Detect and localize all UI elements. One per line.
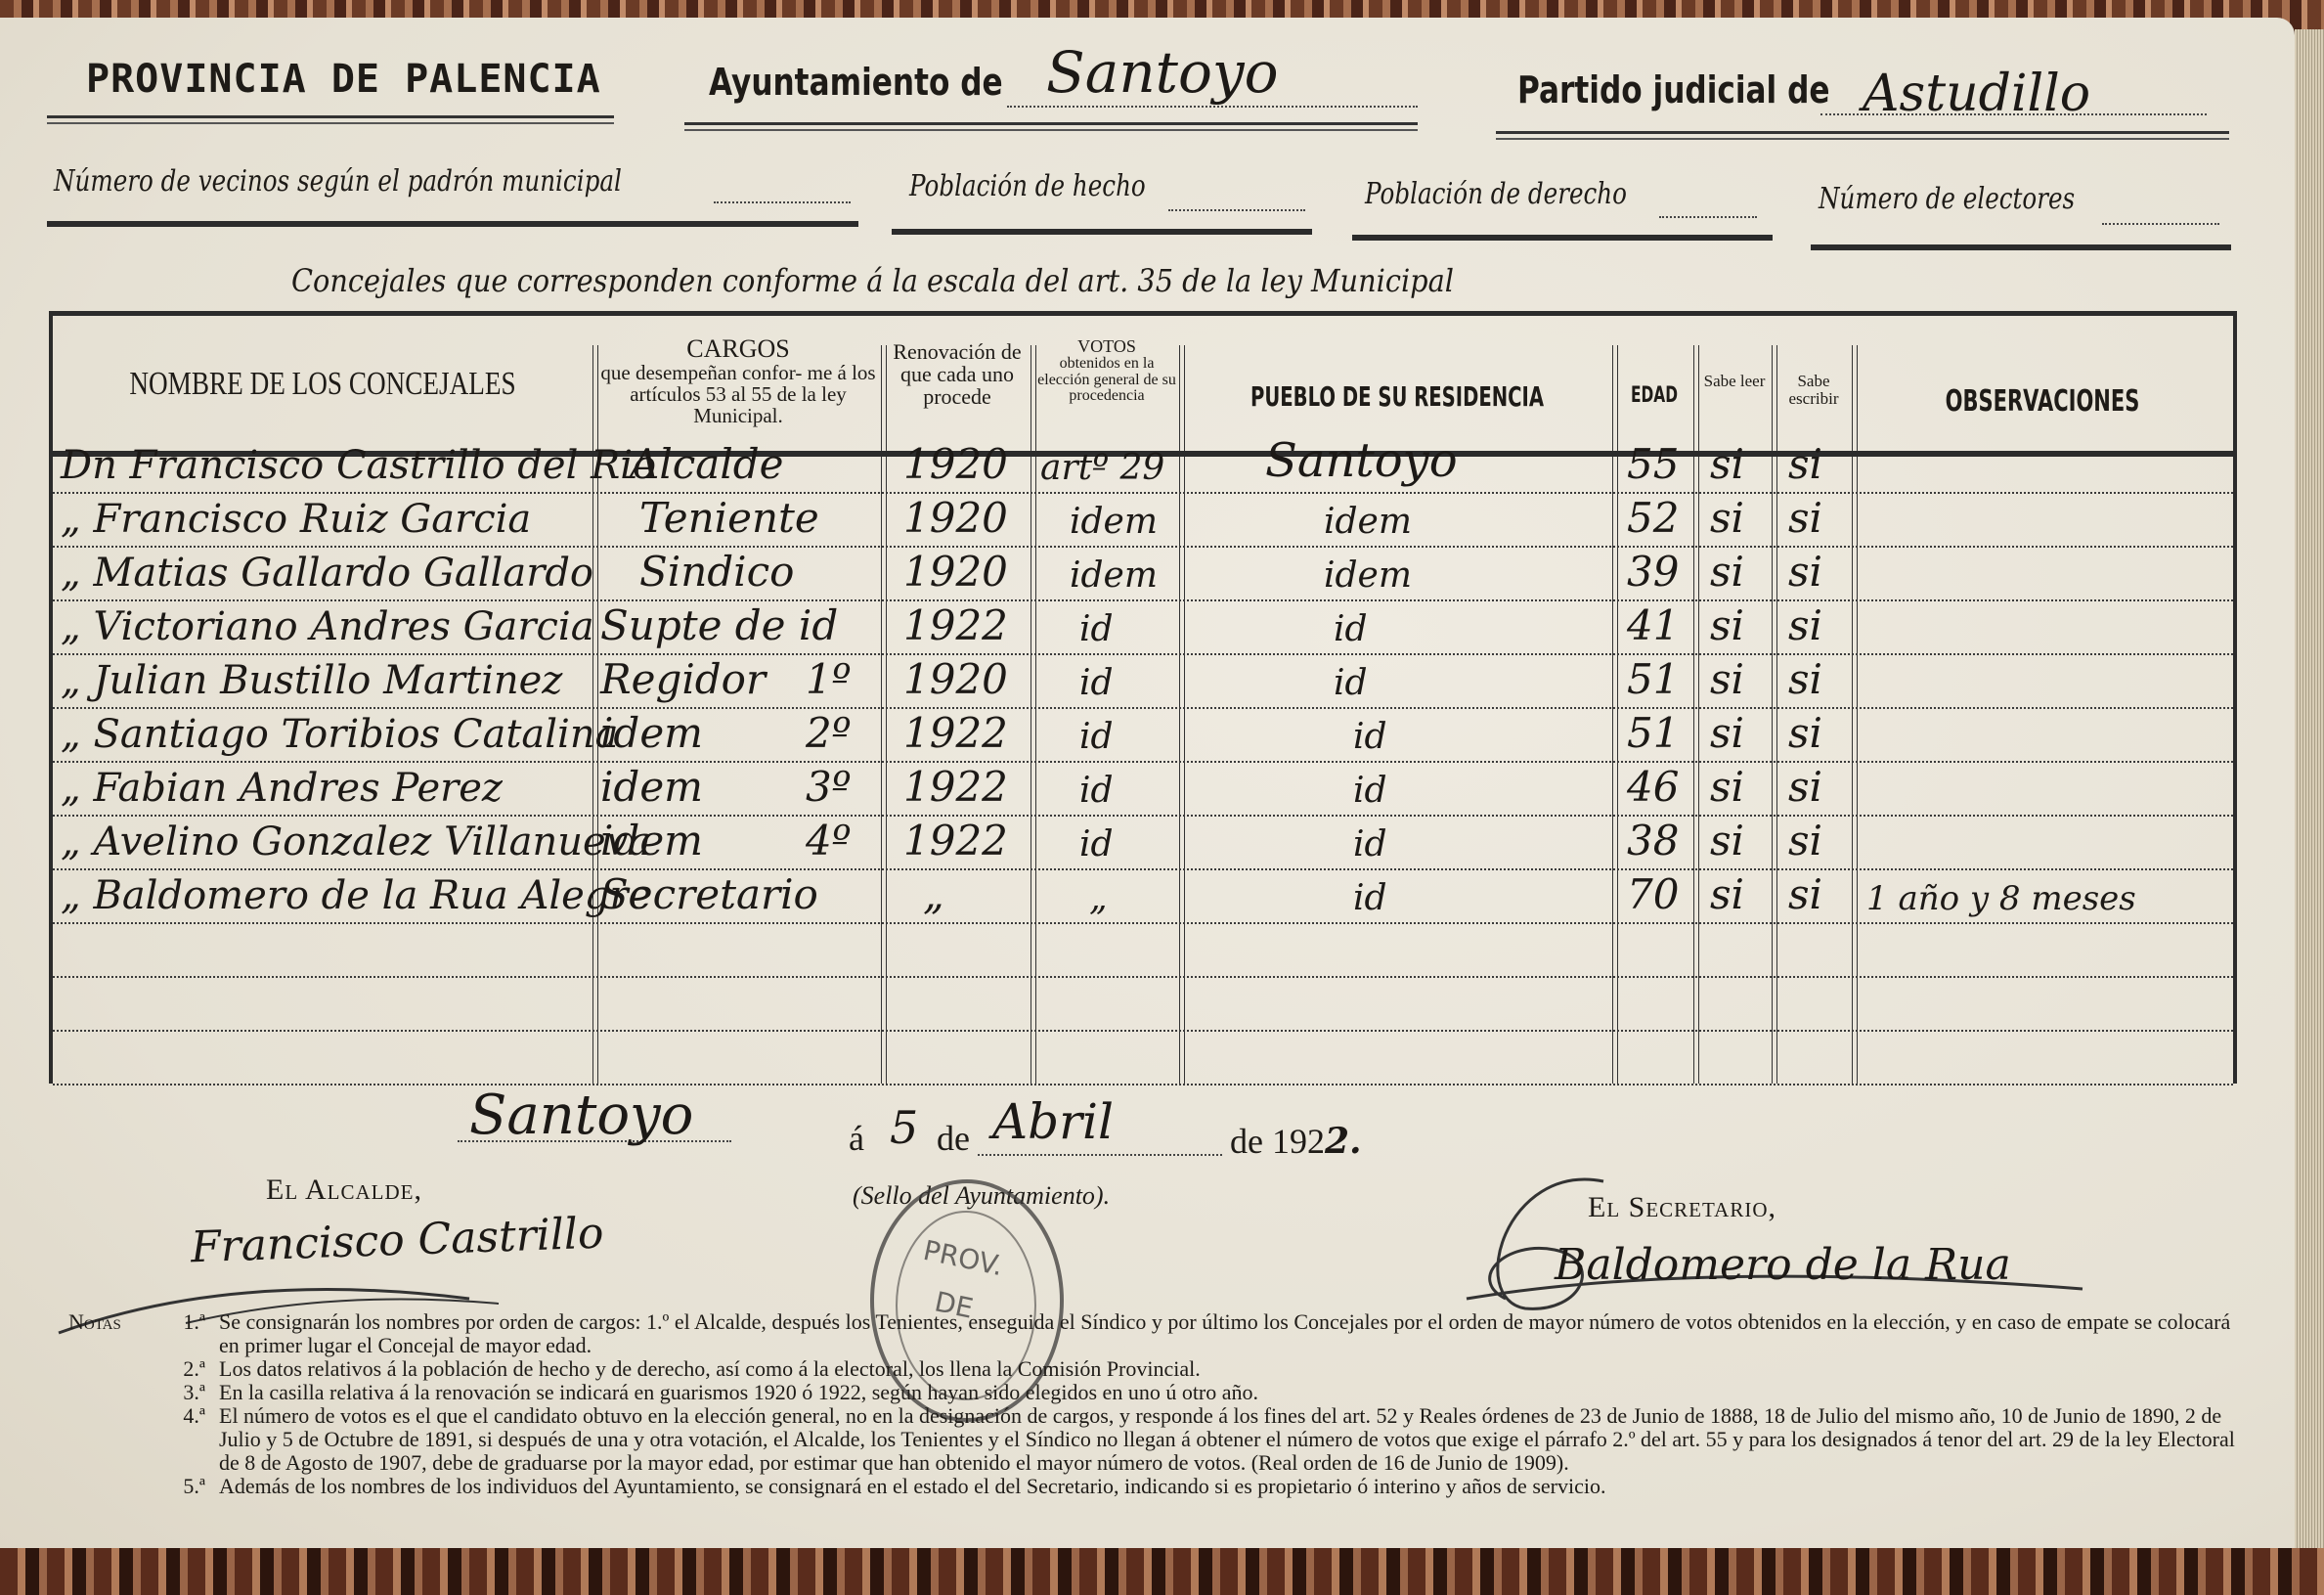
concejales-table: NOMBRE DE LOS CONCEJALES CARGOS que dese… bbox=[49, 311, 2237, 1084]
divider bbox=[1352, 235, 1773, 241]
cell-votos[interactable]: idem bbox=[1070, 555, 1158, 596]
partido-judicial-value[interactable]: Astudillo bbox=[1863, 65, 2090, 123]
cell-sabe-escribir[interactable]: si bbox=[1788, 870, 1822, 918]
cell-observaciones[interactable]: 1 año y 8 meses bbox=[1866, 879, 2136, 918]
cell-edad[interactable]: 55 bbox=[1627, 440, 1679, 488]
vecinos-label: Número de vecinos según el padrón munici… bbox=[54, 164, 622, 199]
cell-pueblo[interactable]: Santoyo bbox=[1265, 433, 1458, 488]
header-observaciones: OBSERVACIONES bbox=[1912, 386, 2172, 418]
cell-sabe-leer[interactable]: si bbox=[1710, 709, 1744, 757]
cell-renovacion[interactable]: 1920 bbox=[903, 655, 1008, 703]
poblacion-derecho-label: Población de derecho bbox=[1365, 177, 1627, 211]
cell-cargo-number[interactable]: 3º bbox=[806, 763, 851, 811]
cell-sabe-leer[interactable]: si bbox=[1710, 494, 1744, 542]
electores-input[interactable] bbox=[2102, 223, 2219, 225]
cell-sabe-leer[interactable]: si bbox=[1710, 601, 1744, 649]
header-pueblo: PUEBLO DE SU RESIDENCIA bbox=[1248, 382, 1546, 411]
partido-judicial-label: Partido judicial de bbox=[1517, 68, 1830, 111]
note-item: 4.ª El número de votos es el que el cand… bbox=[68, 1404, 2249, 1475]
cell-nombre[interactable]: „ Julian Bustillo Martinez bbox=[61, 658, 562, 703]
cell-sabe-leer[interactable]: si bbox=[1710, 817, 1744, 864]
note-number: 1.ª bbox=[166, 1310, 219, 1357]
cell-sabe-escribir[interactable]: si bbox=[1788, 817, 1822, 864]
cell-renovacion[interactable]: 1920 bbox=[903, 494, 1008, 542]
a-label: á bbox=[849, 1118, 864, 1159]
poblacion-hecho-label: Población de hecho bbox=[909, 169, 1146, 203]
table-row[interactable]: „ Fabian Andres Perez idem 3º 1922 id id… bbox=[53, 756, 2233, 817]
cell-edad[interactable]: 38 bbox=[1627, 817, 1679, 864]
cell-pueblo[interactable]: id bbox=[1353, 824, 1387, 864]
ayuntamiento-value[interactable]: Santoyo bbox=[1046, 39, 1279, 106]
cell-pueblo[interactable]: id bbox=[1353, 771, 1387, 811]
cell-votos[interactable]: id bbox=[1079, 663, 1114, 703]
cell-nombre[interactable]: „ Avelino Gonzalez Villanueva bbox=[61, 820, 651, 864]
cell-nombre[interactable]: „ Francisco Ruiz Garcia bbox=[61, 497, 531, 542]
year-suffix[interactable]: 2. bbox=[1325, 1121, 1362, 1162]
cell-cargo[interactable]: Regidor bbox=[600, 655, 766, 703]
header-nombre: NOMBRE DE LOS CONCEJALES bbox=[107, 367, 539, 402]
header-votos: VOTOS obtenidos en la elección general d… bbox=[1035, 337, 1178, 405]
cell-pueblo[interactable]: id bbox=[1353, 717, 1387, 757]
cell-renovacion[interactable]: 1920 bbox=[903, 548, 1008, 596]
cell-cargo[interactable]: idem bbox=[600, 763, 703, 811]
divider bbox=[47, 115, 614, 124]
divider bbox=[684, 122, 1418, 131]
ayuntamiento-field-line bbox=[1007, 106, 1418, 108]
ayuntamiento-label: Ayuntamiento de bbox=[709, 61, 1003, 104]
note-text: En la casilla relativa á la renovación s… bbox=[219, 1381, 2249, 1404]
note-number: 4.ª bbox=[166, 1404, 219, 1475]
cell-cargo-number[interactable]: 4º bbox=[806, 817, 851, 864]
note-text: Se consignarán los nombres por orden de … bbox=[219, 1310, 2249, 1357]
cell-renovacion[interactable]: 1922 bbox=[903, 601, 1008, 649]
cell-pueblo[interactable]: id bbox=[1353, 878, 1387, 918]
cell-edad[interactable]: 51 bbox=[1627, 655, 1679, 703]
de-label: de bbox=[937, 1118, 970, 1159]
cell-pueblo[interactable]: id bbox=[1334, 663, 1368, 703]
cell-renovacion[interactable]: „ bbox=[923, 870, 944, 918]
cell-cargo[interactable]: idem bbox=[600, 817, 703, 864]
divider bbox=[47, 221, 858, 227]
cell-votos[interactable]: id bbox=[1079, 771, 1114, 811]
divider bbox=[1811, 244, 2231, 250]
header-edad: EDAD bbox=[1628, 384, 1680, 407]
month-value[interactable]: Abril bbox=[992, 1093, 1114, 1150]
cell-renovacion[interactable]: 1920 bbox=[903, 440, 1008, 488]
cell-sabe-leer[interactable]: si bbox=[1710, 870, 1744, 918]
cell-votos[interactable]: idem bbox=[1070, 502, 1158, 542]
year-prefix: de 192 bbox=[1230, 1122, 1325, 1161]
cell-sabe-escribir[interactable]: si bbox=[1788, 548, 1822, 596]
cell-sabe-escribir[interactable]: si bbox=[1788, 601, 1822, 649]
cell-cargo[interactable]: idem bbox=[600, 709, 703, 757]
table-row[interactable]: „ Francisco Ruiz Garcia Teniente 1920 id… bbox=[53, 487, 2233, 548]
vecinos-input[interactable] bbox=[714, 201, 851, 203]
cell-nombre[interactable]: „ Victoriano Andres Garcia bbox=[61, 604, 594, 649]
electores-label: Número de electores bbox=[1819, 182, 2075, 216]
concejales-escala-label: Concejales que corresponden conforme á l… bbox=[291, 262, 1454, 299]
cell-cargo[interactable]: Alcalde bbox=[630, 440, 784, 488]
year-label: de 1922. bbox=[1230, 1121, 1362, 1162]
poblacion-hecho-input[interactable] bbox=[1168, 209, 1305, 211]
header-cargos: CARGOS que desempeñan confor- me á los a… bbox=[596, 335, 880, 426]
cell-sabe-leer[interactable]: si bbox=[1710, 440, 1744, 488]
cell-sabe-leer[interactable]: si bbox=[1710, 548, 1744, 596]
cell-nombre[interactable]: „ Santiago Toribios Catalina bbox=[61, 712, 618, 757]
table-row[interactable]: Dn Francisco Castrillo del Rio Alcalde 1… bbox=[53, 433, 2233, 494]
cell-renovacion[interactable]: 1922 bbox=[903, 817, 1008, 864]
cell-cargo-number[interactable]: 1º bbox=[806, 655, 851, 703]
table-row[interactable]: „ Matias Gallardo Gallardo Sindico 1920 … bbox=[53, 541, 2233, 601]
cell-sabe-escribir[interactable]: si bbox=[1788, 709, 1822, 757]
cell-renovacion[interactable]: 1922 bbox=[903, 709, 1008, 757]
header-votos-title: VOTOS bbox=[1035, 337, 1178, 356]
divider bbox=[1496, 131, 2229, 140]
note-item: 2.ª Los datos relativos á la población d… bbox=[68, 1357, 2249, 1381]
cell-votos[interactable]: id bbox=[1079, 717, 1114, 757]
cell-pueblo[interactable]: idem bbox=[1324, 555, 1412, 596]
cell-nombre[interactable]: „ Baldomero de la Rua Alegre bbox=[61, 873, 651, 918]
table-row[interactable]: „ Baldomero de la Rua Alegre Secretario … bbox=[53, 864, 2233, 924]
cell-edad[interactable]: 39 bbox=[1627, 548, 1679, 596]
place-value[interactable]: Santoyo bbox=[469, 1084, 693, 1147]
header-votos-desc: obtenidos en la elección general de su p… bbox=[1035, 356, 1178, 405]
poblacion-derecho-input[interactable] bbox=[1659, 216, 1757, 218]
header-cargos-title: CARGOS bbox=[596, 335, 880, 362]
book-binding-bottom bbox=[0, 1548, 2324, 1595]
note-text: Los datos relativos á la población de he… bbox=[219, 1357, 2249, 1381]
cell-nombre[interactable]: Dn Francisco Castrillo del Rio bbox=[61, 443, 656, 488]
month-field-line bbox=[978, 1154, 1222, 1156]
table-row[interactable]: „ Santiago Toribios Catalina idem 2º 192… bbox=[53, 702, 2233, 763]
cell-edad[interactable]: 51 bbox=[1627, 709, 1679, 757]
secretario-signature: Baldomero de la Rua bbox=[1555, 1240, 2011, 1290]
cell-cargo[interactable]: Supte de id bbox=[600, 601, 838, 649]
cell-edad[interactable]: 52 bbox=[1627, 494, 1679, 542]
cell-pueblo[interactable]: idem bbox=[1324, 502, 1412, 542]
alcalde-title: El Alcalde, bbox=[266, 1174, 422, 1207]
cell-votos[interactable]: artº 29 bbox=[1040, 448, 1164, 488]
cell-cargo[interactable]: Secretario bbox=[600, 870, 818, 918]
header-cargos-desc: que desempeñan confor- me á los artículo… bbox=[596, 362, 880, 426]
header-renovacion: Renovación de que cada uno procede bbox=[886, 340, 1029, 408]
note-item: 3.ª En la casilla relativa á la renovaci… bbox=[68, 1381, 2249, 1404]
cell-sabe-escribir[interactable]: si bbox=[1788, 763, 1822, 811]
note-item: 5.ª Además de los nombres de los individ… bbox=[68, 1475, 2249, 1498]
cell-sabe-escribir[interactable]: si bbox=[1788, 655, 1822, 703]
cell-votos[interactable]: id bbox=[1079, 609, 1114, 649]
header-sabe-escribir: Sabe escribir bbox=[1776, 373, 1851, 408]
note-text: Además de los nombres de los individuos … bbox=[219, 1475, 2249, 1498]
cell-sabe-escribir[interactable]: si bbox=[1788, 440, 1822, 488]
table-row[interactable]: „ Julian Bustillo Martinez Regidor 1º 19… bbox=[53, 648, 2233, 709]
cell-sabe-escribir[interactable]: si bbox=[1788, 494, 1822, 542]
note-text: El número de votos es el que el candidat… bbox=[219, 1404, 2249, 1475]
cell-pueblo[interactable]: id bbox=[1334, 609, 1368, 649]
cell-cargo[interactable]: Sindico bbox=[639, 548, 794, 596]
secretario-flourish-icon bbox=[1408, 1142, 2112, 1318]
table-row[interactable]: „ Victoriano Andres Garcia Supte de id 1… bbox=[53, 595, 2233, 655]
cell-sabe-leer[interactable]: si bbox=[1710, 655, 1744, 703]
header-sabe-leer: Sabe leer bbox=[1698, 373, 1771, 390]
table-row[interactable] bbox=[53, 917, 2233, 978]
form-page: PROVINCIA DE PALENCIA Ayuntamiento de Sa… bbox=[0, 18, 2295, 1563]
cell-edad[interactable]: 41 bbox=[1627, 601, 1679, 649]
cell-cargo[interactable]: Teniente bbox=[639, 494, 819, 542]
notes-label: Notas bbox=[68, 1310, 166, 1357]
page-edge bbox=[2295, 29, 2324, 1555]
cell-edad[interactable]: 70 bbox=[1627, 870, 1679, 918]
note-number: 2.ª bbox=[166, 1357, 219, 1381]
cell-edad[interactable]: 46 bbox=[1627, 763, 1679, 811]
cell-votos[interactable]: „ bbox=[1089, 878, 1108, 918]
divider bbox=[892, 229, 1312, 235]
table-row[interactable]: „ Avelino Gonzalez Villanueva idem 4º 19… bbox=[53, 810, 2233, 870]
cell-nombre[interactable]: „ Fabian Andres Perez bbox=[61, 766, 503, 811]
table-row[interactable] bbox=[53, 971, 2233, 1032]
province-title: PROVINCIA DE PALENCIA bbox=[86, 57, 601, 102]
cell-sabe-leer[interactable]: si bbox=[1710, 763, 1744, 811]
cell-votos[interactable]: id bbox=[1079, 824, 1114, 864]
note-number: 3.ª bbox=[166, 1381, 219, 1404]
day-value[interactable]: 5 bbox=[890, 1101, 918, 1154]
notes-section: Notas 1.ª Se consignarán los nombres por… bbox=[68, 1310, 2249, 1498]
note-item: Notas 1.ª Se consignarán los nombres por… bbox=[68, 1310, 2249, 1357]
cell-renovacion[interactable]: 1922 bbox=[903, 763, 1008, 811]
cell-cargo-number[interactable]: 2º bbox=[806, 709, 851, 757]
table-row[interactable] bbox=[53, 1025, 2233, 1085]
note-number: 5.ª bbox=[166, 1475, 219, 1498]
cell-nombre[interactable]: „ Matias Gallardo Gallardo bbox=[61, 551, 593, 596]
